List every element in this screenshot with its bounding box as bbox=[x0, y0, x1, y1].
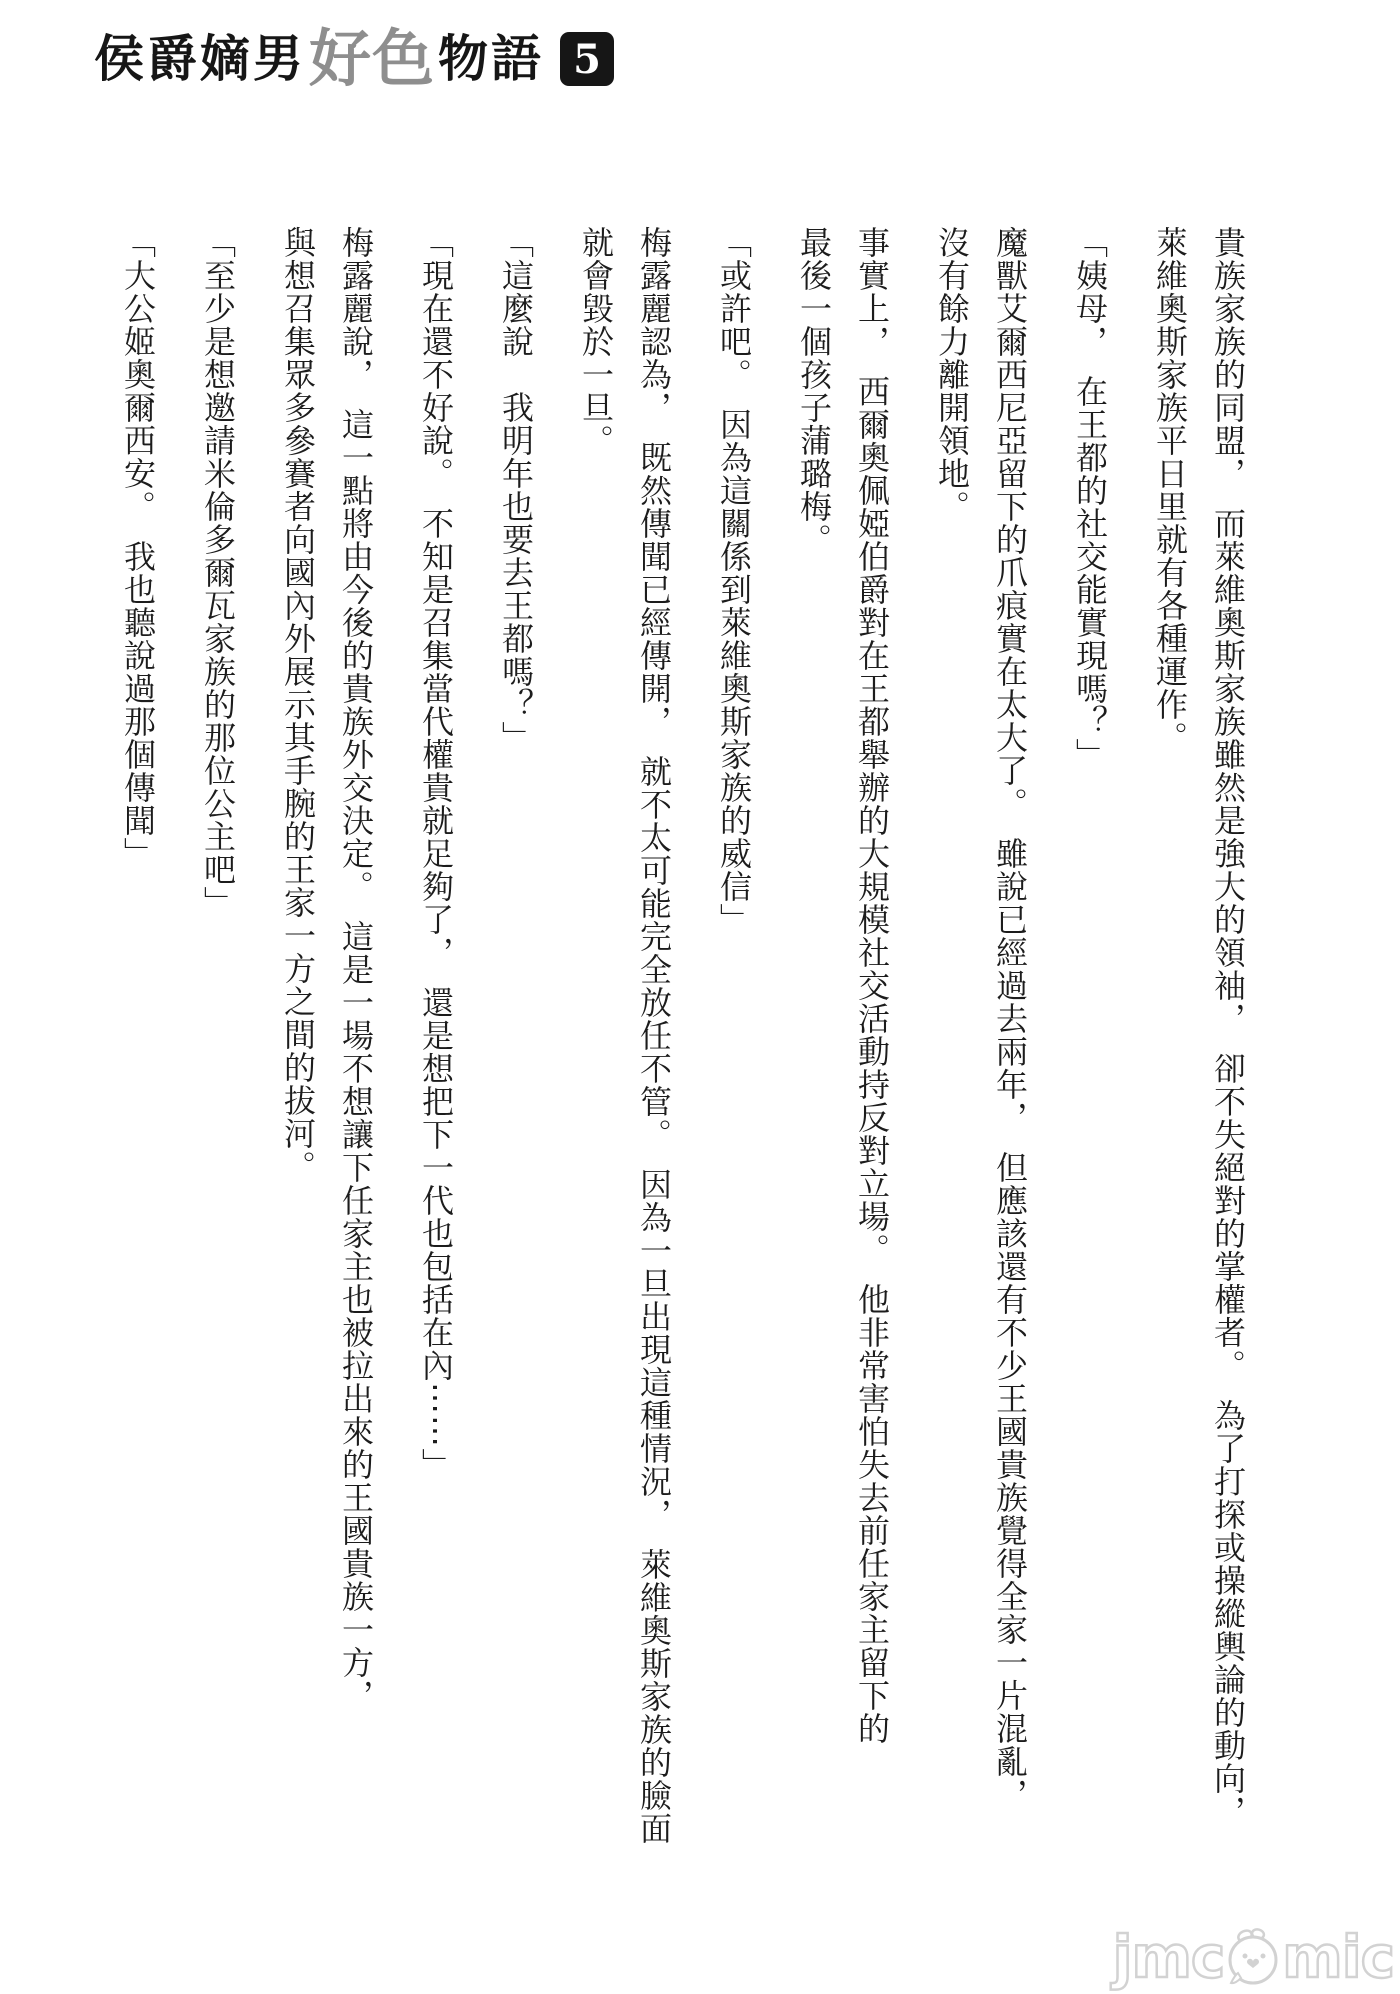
watermark-text-right: mic bbox=[1282, 1928, 1394, 1986]
novel-scan-page: 侯爵嫡男 好色 物語 5 貴族家族的同盟， 而萊維奧斯家族雖然是強大的領袖， 卻… bbox=[0, 0, 1400, 1994]
watermark: jmc mic bbox=[1113, 1928, 1394, 1986]
text-column-2: 萊維奧斯家族平日里就有各種運作。 bbox=[1153, 226, 1187, 1906]
text-column-4: 魔獸艾爾西尼亞留下的爪痕實在太大了。 雖說已經過去兩年， 但應該還有不少王國貴族… bbox=[993, 226, 1027, 1906]
text-column-12: 「現在還不好說。 不知是召集當代權貴就足夠了， 還是想把下一代也包括在內⋯⋯」 bbox=[419, 226, 453, 1906]
watermark-text-left: jmc bbox=[1113, 1928, 1225, 1986]
text-column-15: 「至少是想邀請米倫多爾瓦家族的那位公主吧」 bbox=[201, 226, 235, 1906]
text-column-7: 最後一個孩子蒲璐梅。 bbox=[797, 226, 831, 1906]
title-suffix: 物語 bbox=[438, 34, 544, 84]
text-column-5: 沒有餘力離開領地。 bbox=[935, 226, 969, 1906]
title-highlight: 好色 bbox=[309, 28, 435, 90]
volume-number-badge: 5 bbox=[560, 32, 614, 86]
text-column-16: 「大公姬奧爾西安。 我也聽說過那個傳聞」 bbox=[121, 226, 155, 1906]
page-title: 侯爵嫡男 好色 物語 5 bbox=[94, 28, 614, 90]
text-column-8: 「或許吧。 因為這關係到萊維奧斯家族的威信」 bbox=[717, 226, 751, 1906]
title-prefix: 侯爵嫡男 bbox=[94, 34, 306, 84]
text-column-11: 「這麼說 我明年也要去王都嗎？」 bbox=[499, 226, 533, 1906]
text-column-3: 「姨母， 在王都的社交能實現嗎？」 bbox=[1073, 226, 1107, 1906]
novel-text-block: 貴族家族的同盟， 而萊維奧斯家族雖然是強大的領袖， 卻不失絕對的掌權者。 為了打… bbox=[121, 226, 1245, 1906]
text-column-9: 梅露麗認為， 既然傳聞已經傳開， 就不太可能完全放任不管。 因為一旦出現這種情況… bbox=[637, 226, 671, 1906]
text-column-6: 事實上， 西爾奧佩婭伯爵對在王都舉辦的大規模社交活動持反對立場。 他非常害怕失去… bbox=[855, 226, 889, 1906]
text-column-13: 梅露麗說， 這一點將由今後的貴族外交決定。 這是一場不想讓下任家主也被拉出來的王… bbox=[339, 226, 373, 1906]
text-column-14: 與想召集眾多參賽者向國內外展示其手腕的王家一方之間的拔河。 bbox=[281, 226, 315, 1906]
mascot-face-icon bbox=[1225, 1928, 1281, 1986]
text-column-10: 就會毀於一旦。 bbox=[579, 226, 613, 1906]
text-column-1: 貴族家族的同盟， 而萊維奧斯家族雖然是強大的領袖， 卻不失絕對的掌權者。 為了打… bbox=[1211, 226, 1245, 1906]
